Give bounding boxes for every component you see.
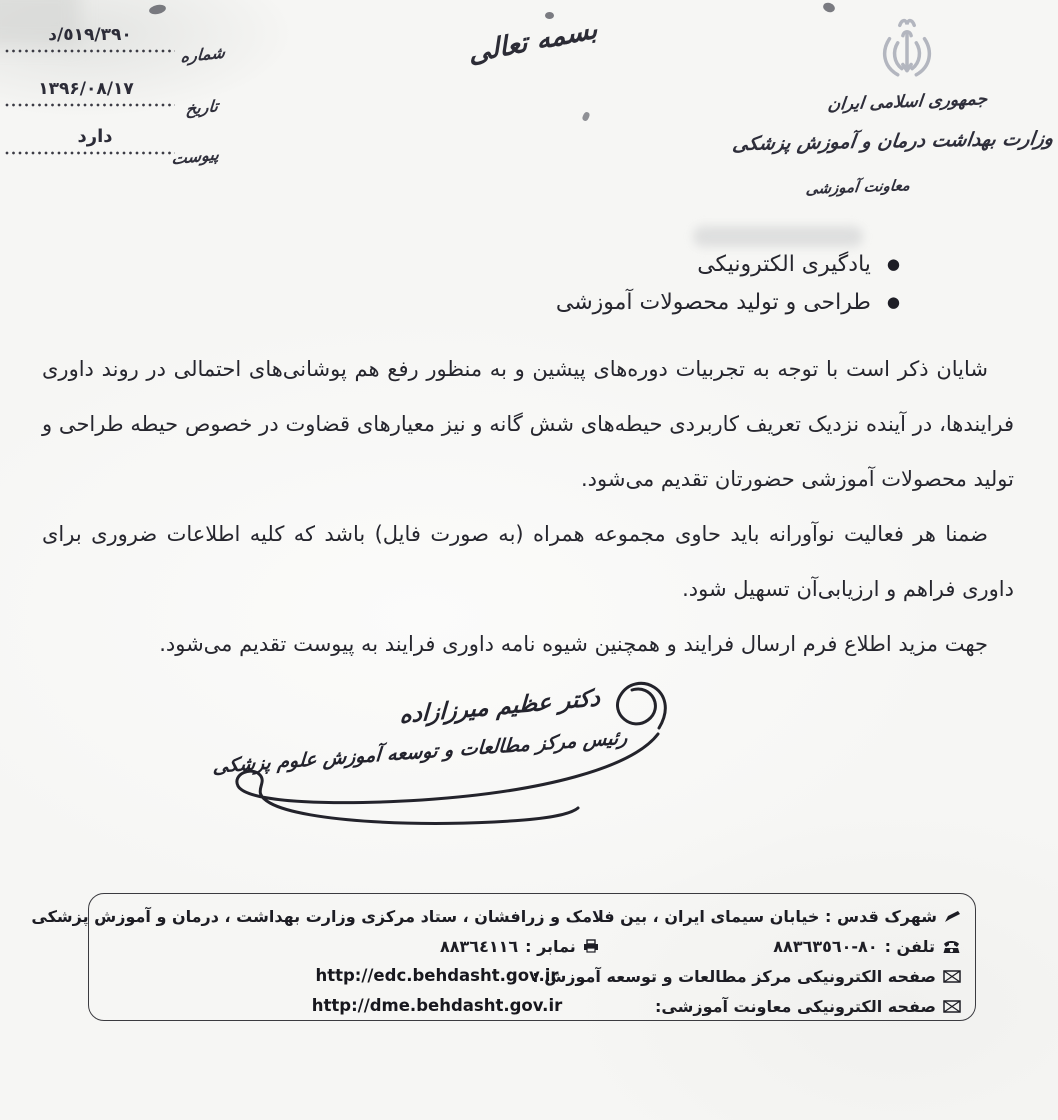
letter-date-value: ۱۳۹۶/۰۸/۱۷	[8, 79, 164, 99]
letterhead-deputy: معاونت آموزشی	[777, 175, 940, 199]
edc-website-row: صفحه الکترونیکی مرکز مطالعات و توسعه آمو…	[103, 961, 961, 991]
list-item: ● یادگیری الکترونیکی	[556, 252, 900, 277]
footer-contact-box: شهرک قدس : خیابان سیمای ایران ، بین فلام…	[88, 893, 976, 1021]
envelope-icon	[943, 1000, 961, 1013]
topic-bullet-list: ● یادگیری الکترونیکی ● طراحی و تولید محص…	[556, 252, 900, 328]
letter-number-label: شماره	[180, 43, 226, 66]
signatory-title: رئیس مرکز مطالعات و توسعه آموزش علوم پزش…	[218, 727, 629, 778]
phone-fax-row: تلفن : ٨٠-٨٨٣٦٣٥٦٠ نمابر : ٨٨٣٦٤١١٦	[103, 931, 961, 961]
fax-icon	[583, 939, 599, 953]
letter-body: شایان ذکر است با توجه به تجربیات دوره‌ها…	[42, 342, 1014, 672]
iran-national-emblem-icon	[876, 14, 938, 82]
dotted-line	[5, 151, 175, 155]
dme-url: http://dme.behdasht.gov.ir	[308, 991, 566, 1021]
dme-website-row: صفحه الکترونیکی معاونت آموزشی: http://dm…	[103, 991, 961, 1021]
bismillah-calligraphy: بسمه تعالی	[429, 6, 638, 77]
bullet-dot-icon: ●	[887, 257, 900, 272]
bullet-dot-icon: ●	[887, 295, 900, 310]
bullet-text: طراحی و تولید محصولات آموزشی	[556, 290, 871, 315]
bullet-text: یادگیری الکترونیکی	[697, 252, 871, 277]
phone-value: ٨٠-٨٨٣٦٣٥٦٠	[773, 937, 877, 956]
list-item: ● طراحی و تولید محصولات آموزشی	[556, 290, 900, 315]
address-row: شهرک قدس : خیابان سیمای ایران ، بین فلام…	[103, 901, 961, 931]
scan-speck	[148, 3, 166, 15]
letterhead-ministry: وزارت بهداشت درمان و آموزش پزشکی	[766, 128, 1054, 155]
paragraph: ضمنا هر فعالیت نوآورانه باید حاوی مجموعه…	[42, 507, 1014, 617]
letterhead-country: جمهوری اسلامی ایران	[798, 88, 1016, 115]
edc-url: http://edc.behdasht.gov.ir	[308, 961, 566, 991]
fax-group: نمابر : ٨٨٣٦٤١١٦	[440, 931, 599, 961]
pencil-icon	[944, 910, 961, 923]
attachment-value: دارد	[40, 126, 150, 147]
signatory-name: دکتر عظیم میرزازاده	[360, 682, 640, 733]
erased-text-smudge	[693, 226, 863, 247]
paragraph: شایان ذکر است با توجه به تجربیات دوره‌ها…	[42, 342, 1014, 507]
edc-page-label: صفحه الکترونیکی مرکز مطالعات و توسعه آمو…	[532, 967, 936, 986]
dotted-line	[5, 103, 175, 107]
letter-date-label: تاریخ	[185, 96, 219, 118]
telephone-icon	[942, 939, 961, 954]
envelope-icon	[943, 970, 961, 983]
scan-speck	[545, 12, 554, 19]
dme-page-label: صفحه الکترونیکی معاونت آموزشی:	[655, 997, 936, 1016]
scan-speck	[822, 1, 836, 14]
dotted-line	[5, 49, 175, 53]
attachment-label: پیوست	[171, 145, 220, 169]
fax-label: نمابر :	[525, 937, 576, 956]
scanned-official-letter: ٥١٩/٣٩٠/د شماره ۱۳۹۶/۰۸/۱۷ تاریخ دارد پی…	[0, 0, 1058, 1120]
scan-speck	[581, 111, 590, 122]
address-text: شهرک قدس : خیابان سیمای ایران ، بین فلام…	[31, 907, 937, 926]
paragraph: جهت مزید اطلاع فرم ارسال فرایند و همچنین…	[42, 617, 1014, 672]
phone-label: تلفن :	[885, 937, 935, 956]
letter-number-value: ٥١٩/٣٩٠/د	[8, 25, 172, 45]
fax-value: ٨٨٣٦٤١١٦	[440, 937, 518, 956]
